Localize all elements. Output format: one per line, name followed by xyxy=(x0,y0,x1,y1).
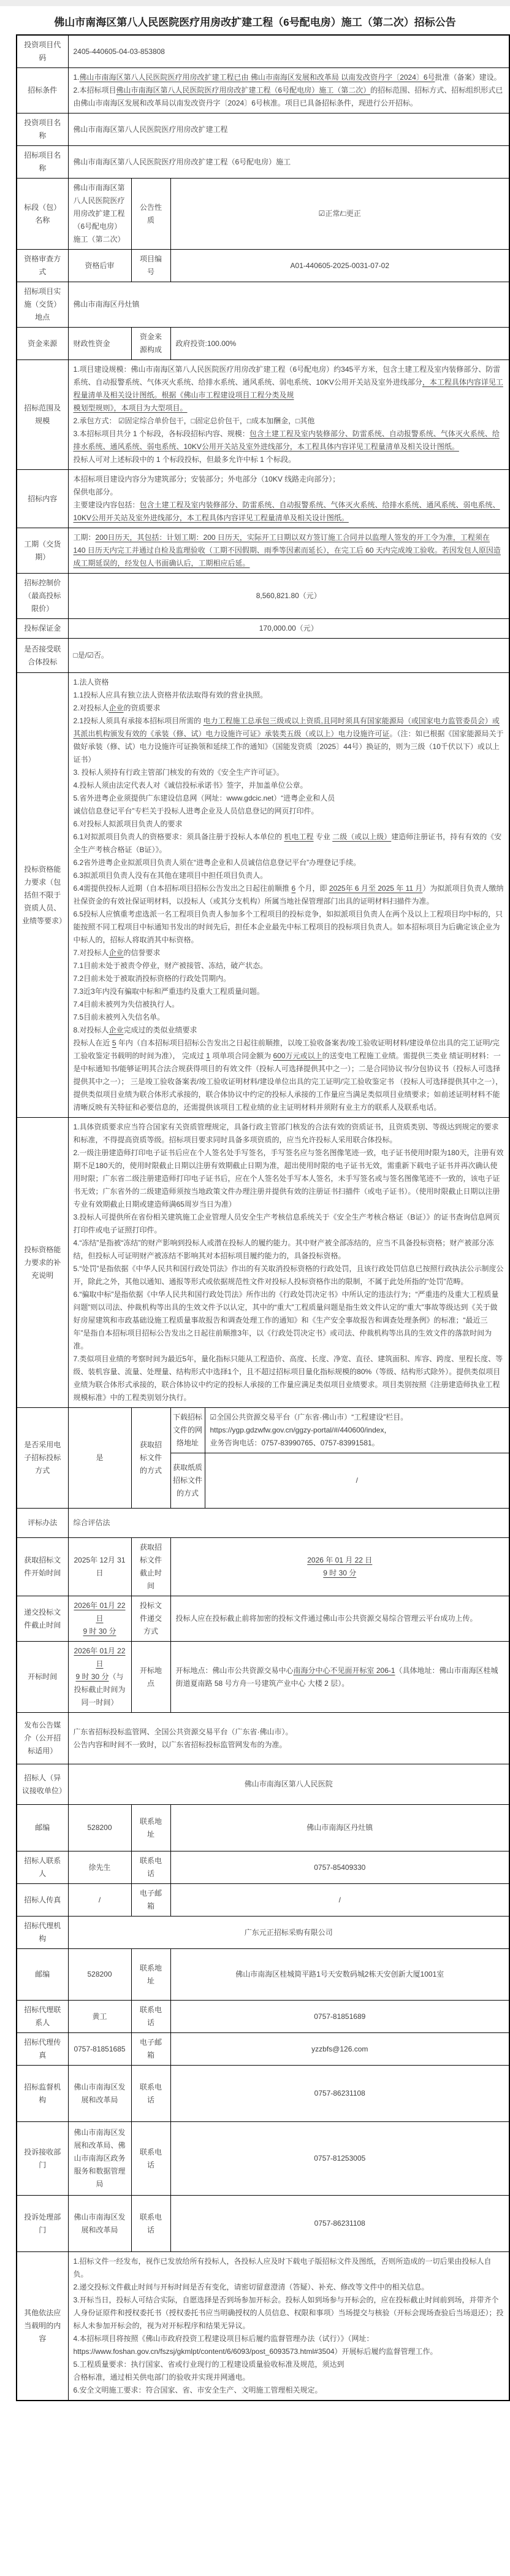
paragraph: 资格后审 xyxy=(74,260,126,272)
paragraph: 邮编 xyxy=(22,1821,63,1834)
paragraph: 电子邮箱 xyxy=(137,2036,166,2062)
paragraph: 2.递交投标文件截止时间与开标时间是否有变化，请密切留意澄清（答疑）、补充、修改… xyxy=(74,2281,504,2294)
paragraph: 1.项目建设规模：佛山市南海区第八人民医院医疗用房改扩建工程（6号配电房）约34… xyxy=(74,363,504,402)
table-row: 是否接受联合体投标□是/☑否。 xyxy=(17,639,509,673)
paragraph: 获取招标文件开始时间 xyxy=(22,1554,63,1580)
paragraph: 1.1投标人应具有独立法人资格并依法取得有效的营业执照。 xyxy=(74,689,504,702)
paragraph: 开标地点 xyxy=(137,1664,166,1690)
row-label: 联系电话 xyxy=(131,2001,170,2033)
row-label: 电子邮箱 xyxy=(131,1884,170,1917)
row-value: 工期：200日历天，其包括：计划工期：200 日历天，实际开工日期以双方签订施工… xyxy=(68,528,509,574)
table-row: 投诉处理部门佛山市南海区发展和改革局联系电话0757-86231108 xyxy=(17,2196,509,2252)
paragraph: 投资项目代码 xyxy=(22,39,63,64)
table-row: 招标内容本招标项目建设内容分为建筑部分；安装部分；外电部分（10KV 线路走向部… xyxy=(17,470,509,528)
paragraph: 8,560,821.80（元） xyxy=(74,590,504,602)
row-label: 招标内容 xyxy=(17,470,68,528)
table-row: 投资项目代码2405-440605-04-03-853808 xyxy=(17,35,509,68)
table-row: 是否采用电子招标投标方式是获取招标文件的方式下载招标文件的网络地址☑全国公共资源… xyxy=(17,1408,509,1453)
row-label: 招标控制价（最高投标限价） xyxy=(17,574,68,619)
row-label: 招标代理联系人 xyxy=(17,2001,68,2033)
row-value: 政府投资:100.00% xyxy=(170,328,509,360)
paragraph: 招标人传真 xyxy=(22,1894,63,1907)
paragraph: 招标人（异议接收单位） xyxy=(22,1772,63,1797)
paragraph: 联系地址 xyxy=(137,1962,166,1988)
row-label: 招标监督机构 xyxy=(17,2066,68,2122)
row-label: 招标项目名称 xyxy=(17,146,68,179)
paragraph: 徐先生 xyxy=(74,1861,126,1874)
paragraph: 7.5目前未被列入失信名单。 xyxy=(74,1011,504,1024)
paragraph: 佛山市南海区发展和改革局 xyxy=(74,2081,126,2107)
paragraph: 佛山市南海区丹灶镇 xyxy=(74,298,504,311)
row-value: 0757-86231108 xyxy=(170,2066,509,2122)
paragraph: 获取招标文件的方式 xyxy=(137,1439,166,1477)
paragraph: 递交投标文件截止时间 xyxy=(22,1606,63,1632)
row-value: □是/☑否。 xyxy=(68,639,509,673)
row-label: 资金来源构成 xyxy=(131,328,170,360)
row-label: 招标人（异议接收单位） xyxy=(17,1764,68,1805)
paragraph: 招标控制价（最高投标限价） xyxy=(22,577,63,615)
paragraph: 是否采用电子招标投标方式 xyxy=(22,1439,63,1477)
row-value: 2026年 01月 22日9 时 30 分 xyxy=(68,1596,131,1642)
row-label: 项目编号 xyxy=(131,250,170,282)
paragraph: 广东省招标投标监管网、全国公共资源交易平台（广东省·佛山市）。 xyxy=(74,1726,504,1739)
row-value: 广东元正招标采购有限公司 xyxy=(68,1917,509,1949)
paragraph: 项目编号 xyxy=(137,253,166,279)
paragraph: 投资项目名称 xyxy=(22,117,63,142)
table-row: 递交投标文件截止时间2026年 01月 22日9 时 30 分投标文件递交方式投… xyxy=(17,1596,509,1642)
paragraph: 1.佛山市南海区第八人民医院医疗用房改扩建工程已由 佛山市南海区发展和改革局 以… xyxy=(74,71,504,84)
row-value: / xyxy=(205,1453,509,1509)
paragraph: 招标内容 xyxy=(22,493,63,506)
paragraph: 6.3拟派项目负责人没有在其他在建项目中担任项目负责人。 xyxy=(74,869,504,882)
table-row: 资金来源财政性资金资金来源构成政府投资:100.00% xyxy=(17,328,509,360)
paragraph: 获取招标文件截止时间 xyxy=(137,1541,166,1593)
row-value: 2026 年 01 月 22 日9 时 30 分 xyxy=(170,1538,509,1596)
row-value: 佛山市南海区桂城简平路1号天安数码城2栋天安创新大厦1001室 xyxy=(170,1949,509,2001)
row-value: 2026年 01月 22日9 时 30 分（与投标截止时间为同一时间） xyxy=(68,1642,131,1713)
row-value: 投标人应在投标截止前将加密的投标文件通过佛山市公共资源交易综合管理云平台成功上传… xyxy=(170,1596,509,1642)
row-label: 投诉接收部门 xyxy=(17,2122,68,2196)
paragraph: 4.“冻结”是指被“冻结”的财产影响到投标人或潜在投标人的履约能力。其中财产被全… xyxy=(74,1237,504,1263)
row-value: 黄工 xyxy=(68,2001,131,2033)
row-label: 其他依法应当载明的内容 xyxy=(17,2252,68,2401)
paragraph: 业务咨询电话：0757-83990765、0757-83991581。 xyxy=(210,1437,504,1450)
row-label: 获取招标文件的方式 xyxy=(131,1408,170,1509)
table-row: 招标监督机构佛山市南海区发展和改革局联系电话0757-86231108 xyxy=(17,2066,509,2122)
paragraph: ☑正常/□更正 xyxy=(176,207,504,220)
paragraph: 电子邮箱 xyxy=(137,1887,166,1913)
paragraph: 4.投标人须由法定代表人对《诚信投标承诺书》签字，并加盖单位公章。 xyxy=(74,779,504,792)
row-value: 佛山市南海区第八人民医院医疗用房改扩建工程（6号配电房）施工 xyxy=(68,146,509,179)
row-value: 2025年 12月 31日 xyxy=(68,1538,131,1596)
row-label: 投资项目代码 xyxy=(17,35,68,68)
paragraph: 邮编 xyxy=(22,1968,63,1981)
paragraph: 其他依法应当载明的内容 xyxy=(22,2307,63,2345)
paragraph: 招标代理联系人 xyxy=(22,2004,63,2029)
paragraph: 诚信信息登记平台”专栏关于投标人进粤企业及人员信息登记的网页打印件。 xyxy=(74,805,504,818)
row-value: 0757-85409330 xyxy=(170,1851,509,1884)
paragraph: 佛山市南海区桂城简平路1号天安数码城2栋天安创新大厦1001室 xyxy=(176,1968,504,1981)
row-label: 投标资格能力要求（包括但不限于资质人员、业绩等要求） xyxy=(17,673,68,1118)
table-row: 招标范围及规模1.项目建设规模：佛山市南海区第八人民医院医疗用房改扩建工程（6号… xyxy=(17,360,509,470)
paragraph: 公告性质 xyxy=(137,201,166,227)
paragraph: 黄工 xyxy=(74,2010,126,2023)
row-value: 广东省招标投标监管网、全国公共资源交易平台（广东省·佛山市）。公告内容和时间不一… xyxy=(68,1713,509,1764)
row-value: 1.具体资质要求应当符合国家有关资质管理规定，具备行政主管部门核发的合法有效的资… xyxy=(68,1118,509,1408)
row-value: 1.佛山市南海区第八人民医院医疗用房改扩建工程已由 佛山市南海区发展和改革局 以… xyxy=(68,68,509,113)
paragraph: 评标办法 xyxy=(22,1517,63,1529)
row-value: 528200 xyxy=(68,1949,131,2001)
paragraph: 2025年 12月 31日 xyxy=(74,1554,126,1580)
paragraph: 投标文件递交方式 xyxy=(137,1599,166,1638)
table-row: 开标时间2026年 01月 22日9 时 30 分（与投标截止时间为同一时间）开… xyxy=(17,1642,509,1713)
paragraph: 招标项目名称 xyxy=(22,149,63,175)
paragraph: 6.1对拟派项目负责人的资格要求：须具备注册于投标人本单位的 机电工程 专业 二… xyxy=(74,831,504,856)
row-label: 投标资格能力要求的补充说明 xyxy=(17,1118,68,1408)
paragraph: 主要建设内容包括：包含土建工程及室内装修部分、防雷系统、自动报警系统、气体灭火系… xyxy=(74,499,504,525)
row-label: 递交投标文件截止时间 xyxy=(17,1596,68,1642)
row-label: 资格审查方式 xyxy=(17,250,68,282)
row-value: 是 xyxy=(68,1408,131,1509)
row-label: 联系地址 xyxy=(131,1949,170,2001)
row-value: 8,560,821.80（元） xyxy=(68,574,509,619)
row-value: 佛山市南海区丹灶镇 xyxy=(170,1805,509,1851)
row-value: 综合评估法 xyxy=(68,1509,509,1538)
row-label: 公告性质 xyxy=(131,179,170,250)
row-label: 招标代理机构 xyxy=(17,1917,68,1949)
row-label: 发布公告媒介（公开招标适用） xyxy=(17,1713,68,1764)
paragraph: 2.一级注册建造师打印电子证书后应在个人签名处手写签名，手写签名应与签名图像笔迹… xyxy=(74,1147,504,1211)
paragraph: 投标保证金 xyxy=(22,622,63,635)
row-label: 联系电话 xyxy=(131,2066,170,2122)
paragraph: 3.本招标项目共分 1 个标段，各标段招标内容、规模：包含土建工程及室内装修部分… xyxy=(74,428,504,453)
paragraph: 6.4需提供投标人近期（自本招标项目招标公告发出之日起往前顺推 6 个月，即 2… xyxy=(74,882,504,908)
row-value: 佛山市南海区发展和改革局、佛山市南海区政务服务和数据管理局 xyxy=(68,2122,131,2196)
table-row: 投诉接收部门佛山市南海区发展和改革局、佛山市南海区政务服务和数据管理局联系电话0… xyxy=(17,2122,509,2196)
table-row: 其他依法应当载明的内容1.招标文件一经发布，视作已发放给所有投标人，各投标人应及… xyxy=(17,2252,509,2401)
paragraph: 0757-86231108 xyxy=(176,2217,504,2230)
row-value: 开标地点：佛山市公共资源交易中心南海分中心不见面开标室 206-1（具体地址：佛… xyxy=(170,1642,509,1713)
table-row: 发布公告媒介（公开招标适用）广东省招标投标监管网、全国公共资源交易平台（广东省·… xyxy=(17,1713,509,1764)
paragraph: 合格标准，通过相关供电部门的验收并实现并网通电。 xyxy=(74,2371,504,2384)
table-row: 评标办法综合评估法 xyxy=(17,1509,509,1538)
row-label: 联系电话 xyxy=(131,1851,170,1884)
row-value: 本招标项目建设内容分为建筑部分；安装部分；外电部分（10KV 线路走向部分）；保… xyxy=(68,470,509,528)
paragraph: 招标范围及规模 xyxy=(22,402,63,428)
paragraph: 模划型规则》，本项目为大型项目。 xyxy=(74,402,504,415)
paragraph: 佛山市南海区发展和改革局、佛山市南海区政务服务和数据管理局 xyxy=(74,2126,126,2191)
table-row: 工期（交货期）工期：200日历天，其包括：计划工期：200 日历天，实际开工日期… xyxy=(17,528,509,574)
paragraph: 6.5投标人应慎重考虑选派一名工程项目负责人参加多个工程项目的投标竞争，如拟派项… xyxy=(74,908,504,947)
paragraph: 1.招标文件一经发布，视作已发放给所有投标人，各投标人应及时下载电子版招标文件及… xyxy=(74,2255,504,2281)
paragraph: 投诉接收部门 xyxy=(22,2146,63,2172)
top-band xyxy=(0,0,510,6)
table-row: 邮编528200联系地址佛山市南海区丹灶镇 xyxy=(17,1805,509,1851)
announcement-table-body: 投资项目代码2405-440605-04-03-853808招标条件1.佛山市南… xyxy=(17,35,509,2401)
paragraph: 3. 投标人须持有行政主管部门核发的有效的《安全生产许可证》。 xyxy=(74,766,504,779)
paragraph: 投标人可对上述标段中的 1 个标段投标，但最多允许中标 1 个标段。 xyxy=(74,453,504,466)
paragraph: 8.对投标人企业完成过的类似业绩要求 xyxy=(74,1024,504,1037)
paragraph: 获取纸质招标文件的方式 xyxy=(173,1461,203,1500)
paragraph: 5.省外进粤企业须提供广东建设信息网（网址：www.gdcic.net）“进粤企… xyxy=(74,792,504,805)
paragraph: 7.类似项目业绩的考察时间为最近5年，量化指标只能从工程造价、高度、长度、净宽、… xyxy=(74,1353,504,1404)
announcement-table: 投资项目代码2405-440605-04-03-853808招标条件1.佛山市南… xyxy=(16,34,510,2401)
paragraph: 3.投标人可提供所在省份相关建筑施工企业管理人员安全生产考核信息系统关于《安全生… xyxy=(74,1211,504,1237)
table-row: 招标项目实施（交货）地点佛山市南海区丹灶镇 xyxy=(17,282,509,328)
row-value: 佛山市南海区第八人民医院医疗用房改扩建工程 xyxy=(68,113,509,146)
row-value: 170,000.00（元） xyxy=(68,619,509,639)
paragraph: 投标人应在投标截止前将加密的投标文件通过佛山市公共资源交易综合管理云平台成功上传… xyxy=(176,1612,504,1625)
paragraph: 发布公告媒介（公开招标适用） xyxy=(22,1719,63,1758)
paragraph: 7.4目前未被列为失信被执行人。 xyxy=(74,998,504,1011)
row-value: 0757-81851689 xyxy=(170,2001,509,2033)
paragraph: 7.2目前未处于被取消投标资格的行政处罚期内。 xyxy=(74,972,504,985)
row-value: ☑正常/□更正 xyxy=(170,179,509,250)
paragraph: 0757-81851689 xyxy=(176,2010,504,2023)
paragraph: 财政性资金 xyxy=(74,337,126,350)
page-title: 佛山市南海区第八人民医院医疗用房改扩建工程（6号配电房）施工（第二次）招标公告 xyxy=(6,16,504,29)
row-value: ☑全国公共资源交易平台（广东省·佛山市）“工程建设”栏目。https://ygp… xyxy=(205,1408,509,1453)
paragraph: 2.对投标人企业的资质要求 xyxy=(74,702,504,715)
row-value: 0757-86231108 xyxy=(170,2196,509,2252)
paragraph: 5.“处罚”是指依据《中华人民共和国行政处罚法》作出的有关取消投标资格的行政处罚… xyxy=(74,1263,504,1288)
paragraph: 0757-81253005 xyxy=(176,2152,504,2165)
row-value: / xyxy=(68,1884,131,1917)
paragraph: 联系电话 xyxy=(137,2004,166,2029)
paragraph: 招标代理机构 xyxy=(22,1920,63,1945)
paragraph: 7.1目前未处于被责令停业，财产被接管、冻结，破产状态。 xyxy=(74,959,504,972)
paragraph: 3.开标当日，投标人可结合实际，自愿选择是否到场参加开标会。投标人如到场参与开标… xyxy=(74,2294,504,2332)
table-row: 招标人（异议接收单位）佛山市南海区第八人民医院 xyxy=(17,1764,509,1805)
row-value: 2405-440605-04-03-853808 xyxy=(68,35,509,68)
paragraph: 招标条件 xyxy=(22,84,63,97)
table-row: 资格审查方式资格后审项目编号A01-440605-2025-0031-07-02 xyxy=(17,250,509,282)
paragraph: 2.本招标项目佛山市南海区第八人民医院医疗用房改扩建工程（6号配电房）施工（第二… xyxy=(74,84,504,110)
paragraph: 170,000.00（元） xyxy=(74,622,504,635)
row-label: 获取招标文件开始时间 xyxy=(17,1538,68,1596)
paragraph: 资金来源 xyxy=(22,337,63,350)
paragraph: 资金来源构成 xyxy=(137,331,166,356)
row-label: 下载招标文件的网络地址 xyxy=(170,1408,205,1453)
paragraph: 是 xyxy=(74,1451,126,1464)
row-value: 佛山市南海区第八人民医院医疗用房改扩建工程（6号配电房）施工（第二次） xyxy=(68,179,131,250)
paragraph: 0757-81851685 xyxy=(74,2043,126,2056)
row-label: 获取纸质招标文件的方式 xyxy=(170,1453,205,1509)
row-value: 1.项目建设规模：佛山市南海区第八人民医院医疗用房改扩建工程（6号配电房）约34… xyxy=(68,360,509,470)
row-value: 财政性资金 xyxy=(68,328,131,360)
paragraph: 528200 xyxy=(74,1821,126,1834)
row-value: 佛山市南海区发展和改革局 xyxy=(68,2066,131,2122)
paragraph: 广东元正招标采购有限公司 xyxy=(74,1926,504,1939)
paragraph: 招标人联系人 xyxy=(22,1855,63,1880)
paragraph: 下载招标文件的网络地址 xyxy=(173,1411,203,1450)
paragraph: 工期（交货期） xyxy=(22,538,63,564)
paragraph: 6.“骗取中标”是指依据《中华人民共和国行政处罚法》所作出的《行政处罚决定书》中… xyxy=(74,1288,504,1353)
row-value: 1.招标文件一经发布，视作已发放给所有投标人，各投标人应及时下载电子版招标文件及… xyxy=(68,2252,509,2401)
table-row: 招标条件1.佛山市南海区第八人民医院医疗用房改扩建工程已由 佛山市南海区发展和改… xyxy=(17,68,509,113)
paragraph: 7.对投标人企业的信誉要求 xyxy=(74,947,504,959)
table-row: 投资项目名称佛山市南海区第八人民医院医疗用房改扩建工程 xyxy=(17,113,509,146)
row-label: 邮编 xyxy=(17,1949,68,2001)
table-row: 招标人联系人徐先生联系电话0757-85409330 xyxy=(17,1851,509,1884)
table-row: 邮编528200联系地址佛山市南海区桂城简平路1号天安数码城2栋天安创新大厦10… xyxy=(17,1949,509,2001)
paragraph: https://ygp.gdzwfw.gov.cn/ggzy-portal/#/… xyxy=(210,1424,504,1437)
table-row: 获取招标文件开始时间2025年 12月 31日获取招标文件截止时间2026 年 … xyxy=(17,1538,509,1596)
row-value: A01-440605-2025-0031-07-02 xyxy=(170,250,509,282)
table-row: 投标资格能力要求（包括但不限于资质人员、业绩等要求）1.法人资格1.1投标人应具… xyxy=(17,673,509,1118)
paragraph: 投诉处理部门 xyxy=(22,2211,63,2237)
paragraph: 联系电话 xyxy=(137,2081,166,2107)
paragraph: 佛山市南海区发展和改革局 xyxy=(74,2211,126,2237)
paragraph: 0757-85409330 xyxy=(176,1861,504,1874)
paragraph: 是否接受联合体投标 xyxy=(22,643,63,669)
row-label: 招标人联系人 xyxy=(17,1851,68,1884)
paragraph: 招标代理传真 xyxy=(22,2036,63,2062)
page: { "page": { "title": "佛山市南海区第八人民医院医疗用房改扩… xyxy=(0,0,510,2401)
row-label: 联系电话 xyxy=(131,2122,170,2196)
paragraph: 4.本招标项目将按照《佛山市政府投资工程建设项目标后履约监督管理办法（试行）》（… xyxy=(74,2332,504,2358)
paragraph: 9 时 30 分（与投标截止时间为同一时间） xyxy=(74,1671,126,1709)
table-row: 招标代理联系人黄工联系电话0757-81851689 xyxy=(17,2001,509,2033)
row-label: 投标文件递交方式 xyxy=(131,1596,170,1642)
paragraph: 佛山市南海区第八人民医院医疗用房改扩建工程（6号配电房）施工（第二次） xyxy=(74,182,126,246)
row-label: 开标地点 xyxy=(131,1642,170,1713)
row-label: 招标人传真 xyxy=(17,1884,68,1917)
table-row: 招标控制价（最高投标限价）8,560,821.80（元） xyxy=(17,574,509,619)
paragraph: 9 时 30 分 xyxy=(74,1625,126,1638)
paragraph: 6.安全文明施工要求：符合国家、省、市安全生产、文明施工管理相关规定。 xyxy=(74,2384,504,2397)
row-value: 资格后审 xyxy=(68,250,131,282)
paragraph: A01-440605-2025-0031-07-02 xyxy=(176,260,504,272)
paragraph: 1.具体资质要求应当符合国家有关资质管理规定，具备行政主管部门核发的合法有效的资… xyxy=(74,1121,504,1147)
row-value: 佛山市南海区发展和改革局 xyxy=(68,2196,131,2252)
paragraph: 2026年 01月 22日 xyxy=(74,1645,126,1671)
paragraph: 开标时间 xyxy=(22,1671,63,1683)
row-label: 招标代理传真 xyxy=(17,2033,68,2066)
paragraph: / xyxy=(176,1894,504,1907)
paragraph: 2405-440605-04-03-853808 xyxy=(74,45,504,58)
paragraph: 2026 年 01 月 22 日 xyxy=(176,1554,504,1567)
row-value: 佛山市南海区第八人民医院 xyxy=(68,1764,509,1805)
row-label: 招标条件 xyxy=(17,68,68,113)
row-value: yzzbfs@126.com xyxy=(170,2033,509,2066)
paragraph: yzzbfs@126.com xyxy=(176,2043,504,2056)
row-label: 开标时间 xyxy=(17,1642,68,1713)
paragraph: 联系电话 xyxy=(137,2211,166,2237)
row-label: 获取招标文件截止时间 xyxy=(131,1538,170,1596)
row-label: 评标办法 xyxy=(17,1509,68,1538)
table-row: 投标资格能力要求的补充说明1.具体资质要求应当符合国家有关资质管理规定，具备行政… xyxy=(17,1118,509,1408)
row-label: 资金来源 xyxy=(17,328,68,360)
row-label: 是否接受联合体投标 xyxy=(17,639,68,673)
paragraph: / xyxy=(74,1894,126,1907)
paragraph: 联系电话 xyxy=(137,2146,166,2172)
table-row: 标段（包）名称佛山市南海区第八人民医院医疗用房改扩建工程（6号配电房）施工（第二… xyxy=(17,179,509,250)
table-row: 招标人传真/电子邮箱/ xyxy=(17,1884,509,1917)
paragraph: 9 时 30 分 xyxy=(176,1567,504,1580)
table-row: 投标保证金170,000.00（元） xyxy=(17,619,509,639)
paragraph: 2.1投标人须具有承接本招标项目所需的 电力工程施工总承包三级或以上资质,且同时… xyxy=(74,715,504,766)
paragraph: 7.3近3年内没有骗取中标和严重违约及重大工程质量问题。 xyxy=(74,985,504,998)
paragraph: 6.2省外进粤企业拟派项目负责人须在“进粤企业和人员诚信信息登记平台”办理登记手… xyxy=(74,856,504,869)
row-value: / xyxy=(170,1884,509,1917)
row-label: 工期（交货期） xyxy=(17,528,68,574)
paragraph: □是/☑否。 xyxy=(74,649,504,662)
paragraph: 0757-86231108 xyxy=(176,2087,504,2100)
row-value: 0757-81851685 xyxy=(68,2033,131,2066)
paragraph: 佛山市南海区第八人民医院 xyxy=(74,1778,504,1791)
row-value: 徐先生 xyxy=(68,1851,131,1884)
table-row: 招标代理传真0757-81851685电子邮箱yzzbfs@126.com xyxy=(17,2033,509,2066)
row-label: 投标保证金 xyxy=(17,619,68,639)
paragraph: 2026年 01月 22日 xyxy=(74,1599,126,1625)
paragraph: ☑全国公共资源交易平台（广东省·佛山市）“工程建设”栏目。 xyxy=(210,1411,504,1424)
paragraph: 投标人在近 5 年内（自本招标项目招标公告发出之日起往前顺推，以竣工验收备案表/… xyxy=(74,1037,504,1114)
row-label: 是否采用电子招标投标方式 xyxy=(17,1408,68,1509)
paragraph: 工期：200日历天，其包括：计划工期：200 日历天，实际开工日期以双方签订施工… xyxy=(74,531,504,570)
paragraph: 5.工程质量要求：执行国家、省或行业现行的工程建设质量验收标准及规范，须达到 xyxy=(74,2358,504,2371)
paragraph: 投标资格能力要求（包括但不限于资质人员、业绩等要求） xyxy=(22,863,63,928)
paragraph: 保供电部分。 xyxy=(74,486,504,499)
row-label: 标段（包）名称 xyxy=(17,179,68,250)
paragraph: 招标项目实施（交货）地点 xyxy=(22,285,63,324)
table-row: 招标代理机构广东元正招标采购有限公司 xyxy=(17,1917,509,1949)
paragraph: 政府投资:100.00% xyxy=(176,337,504,350)
paragraph: 标段（包）名称 xyxy=(22,201,63,227)
table-row: 招标项目名称佛山市南海区第八人民医院医疗用房改扩建工程（6号配电房）施工 xyxy=(17,146,509,179)
row-label: 联系电话 xyxy=(131,2196,170,2252)
paragraph: / xyxy=(210,1474,504,1487)
row-value: 528200 xyxy=(68,1805,131,1851)
paragraph: 招标监督机构 xyxy=(22,2081,63,2107)
paragraph: 综合评估法 xyxy=(74,1517,504,1529)
row-label: 电子邮箱 xyxy=(131,2033,170,2066)
row-label: 投资项目名称 xyxy=(17,113,68,146)
paragraph: 开标地点：佛山市公共资源交易中心南海分中心不见面开标室 206-1（具体地址：佛… xyxy=(176,1664,504,1690)
row-label: 投诉处理部门 xyxy=(17,2196,68,2252)
paragraph: 投标资格能力要求的补充说明 xyxy=(22,1244,63,1282)
paragraph: 528200 xyxy=(74,1968,126,1981)
paragraph: 2.承包方式： ☑固定综合单价包干，□固定总价包干，□成本加酬金，□其他 xyxy=(74,415,504,428)
paragraph: 1.法人资格 xyxy=(74,676,504,689)
paragraph: 佛山市南海区第八人民医院医疗用房改扩建工程（6号配电房）施工 xyxy=(74,156,504,169)
row-value: 佛山市南海区丹灶镇 xyxy=(68,282,509,328)
paragraph: 公告内容和时间不一致时，以广东省招标投标监管网发布的为准。 xyxy=(74,1739,504,1751)
paragraph: 本招标项目建设内容分为建筑部分；安装部分；外电部分（10KV 线路走向部分）； xyxy=(74,473,504,486)
row-label: 联系地址 xyxy=(131,1805,170,1851)
paragraph: 资格审查方式 xyxy=(22,253,63,279)
paragraph: 佛山市南海区丹灶镇 xyxy=(176,1821,504,1834)
paragraph: 6.对投标人拟派项目负责人的要求 xyxy=(74,818,504,831)
row-label: 邮编 xyxy=(17,1805,68,1851)
row-label: 招标范围及规模 xyxy=(17,360,68,470)
row-label: 招标项目实施（交货）地点 xyxy=(17,282,68,328)
paragraph: 佛山市南海区第八人民医院医疗用房改扩建工程 xyxy=(74,123,504,136)
row-value: 0757-81253005 xyxy=(170,2122,509,2196)
paragraph: 联系电话 xyxy=(137,1855,166,1880)
row-value: 1.法人资格1.1投标人应具有独立法人资格并依法取得有效的营业执照。2.对投标人… xyxy=(68,673,509,1118)
paragraph: 联系地址 xyxy=(137,1815,166,1841)
